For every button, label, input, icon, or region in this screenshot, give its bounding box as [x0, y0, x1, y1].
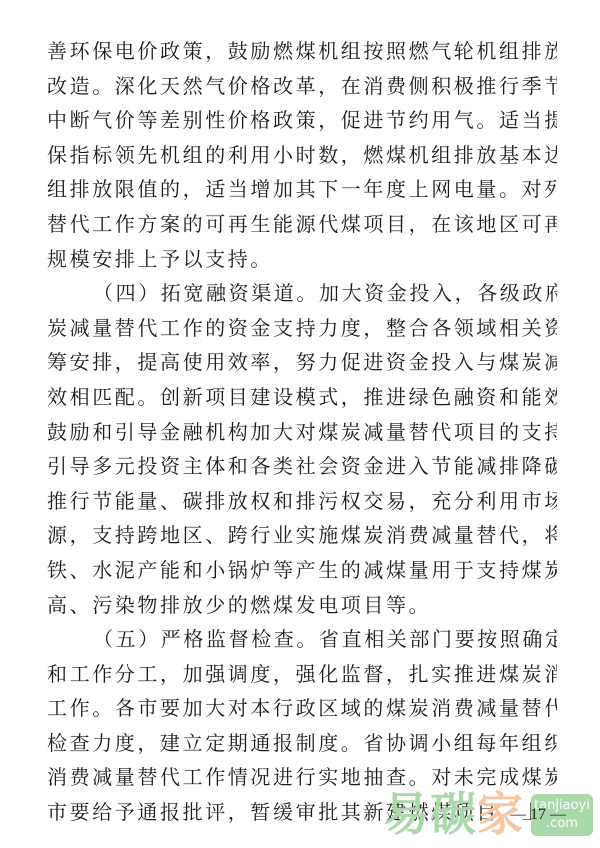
document-page: 善环保电价政策，鼓励燃煤机组按照燃气轮机组排放水平建设或 改造。深化天然气价格改…: [47, 34, 557, 830]
text-line: 高、污染物排放少的燃煤发电项目等。: [47, 588, 557, 623]
text-line: 筹安排，提高使用效率，努力促进资金投入与煤炭减量替代作成: [47, 345, 557, 380]
text-line: 保指标领先机组的利用小时数，燃煤机组排放基本达到燃气轮机: [47, 138, 557, 173]
watermark-char-tan: 碳: [430, 788, 476, 840]
text-line: 工作。各市要加大对本行政区域的煤炭消费减量替代工作的监督: [47, 691, 557, 726]
text-line: 组排放限值的，适当增加其下一年度上网电量。对列入煤炭减量: [47, 172, 557, 207]
text-line: 替代工作方案的可再生能源代煤项目，在该地区可再生能源年度: [47, 207, 557, 242]
text-line: 推行节能量、碳排放权和排污权交易，充分利用市场机制配置资: [47, 484, 557, 519]
text-line: 效相匹配。创新项目建设模式，推进绿色融资和能效信贷指引，: [47, 380, 557, 415]
text-line: 铁、水泥产能和小锅炉等产生的减煤量用于支持煤炭利用效率: [47, 553, 557, 588]
text-line: 鼓励和引导金融机构加大对煤炭减量替代项目的支持力度，积极: [47, 415, 557, 450]
page-number: — 17 —: [510, 806, 566, 824]
text-line: 改造。深化天然气价格改革，在消费侧积极推行季节性价格、可: [47, 69, 557, 104]
text-line: 中断气价等差别性价格政策，促进节约用气。适当提高能效和环: [47, 103, 557, 138]
section-heading-line: （四）拓宽融资渠道。加大资金投入，各级政府要加大对煤: [47, 276, 557, 311]
text-line: 引导多元投资主体和各类社会资金进入节能减排降碳领域。积极: [47, 449, 557, 484]
text-line: 检查力度，建立定期通报制度。省协调小组每年组织对各市煤炭: [47, 726, 557, 761]
text-line: 善环保电价政策，鼓励燃煤机组按照燃气轮机组排放水平建设或: [47, 34, 557, 69]
text-line: 炭减量替代工作的资金支持力度，整合各领域相关资金，加强统: [47, 311, 557, 346]
watermark-char-yi: 易: [383, 788, 429, 840]
text-line: 源，支持跨地区、跨行业实施煤炭消费减量替代，将淘汰落后钢: [47, 518, 557, 553]
section-heading-line: （五）严格监督检查。省直相关部门要按照确定的任务目标: [47, 622, 557, 657]
text-line: 规模安排上予以支持。: [47, 242, 557, 277]
text-line: 和工作分工，加强调度，强化监督，扎实推进煤炭消费减量替代: [47, 657, 557, 692]
